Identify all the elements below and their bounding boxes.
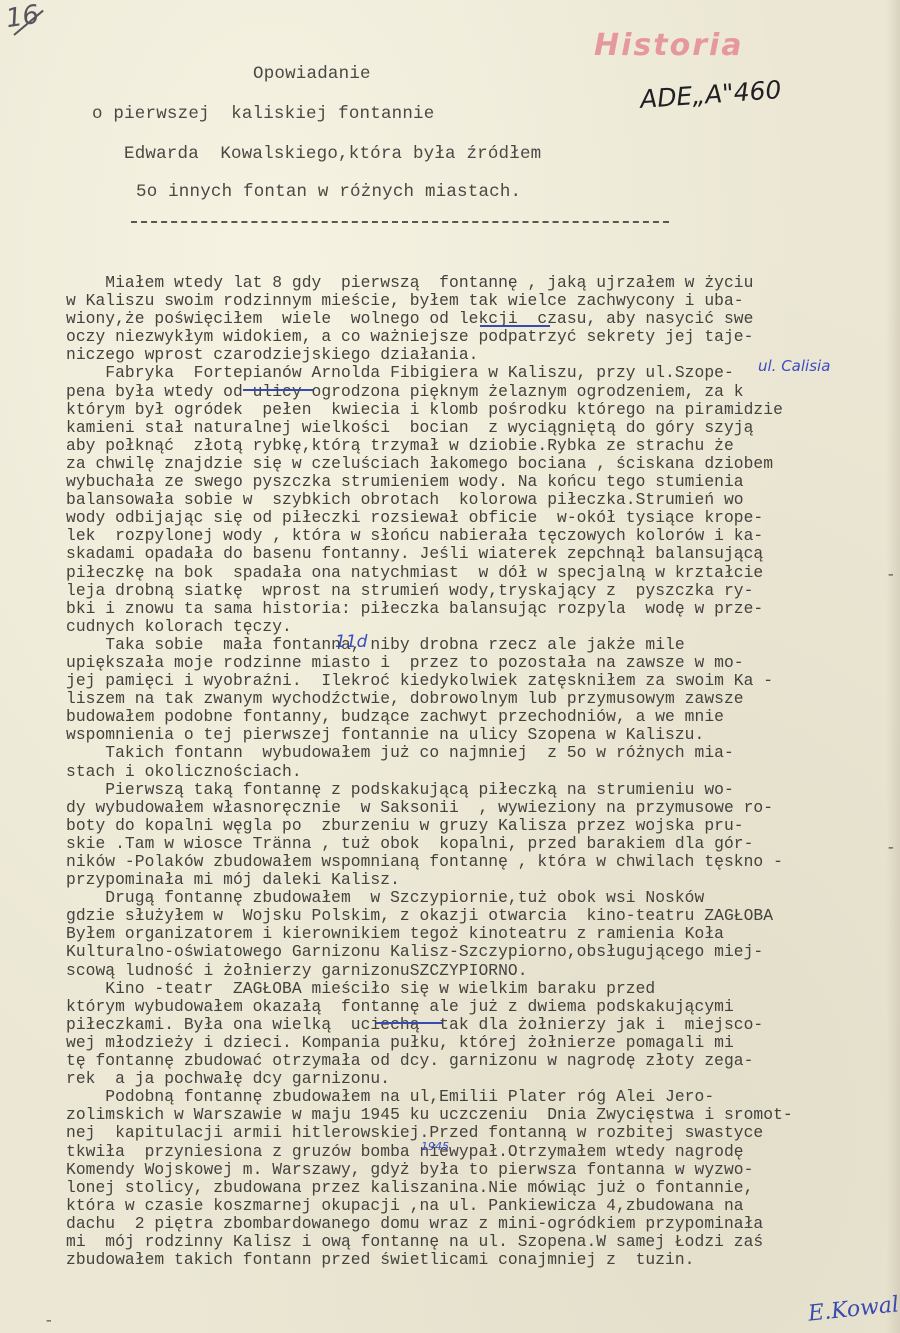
text-line: lek rozpylonej wody , która w słońcu nab… xyxy=(66,527,896,545)
text-line: Drugą fontannę zbudowałem w Szczypiornie… xyxy=(66,889,896,907)
text-line: w Kaliszu swoim rodzinnym mieście, byłem… xyxy=(66,292,896,310)
margin-mark: - xyxy=(886,566,896,584)
text-line: przypominała mi mój daleki Kalisz. xyxy=(66,871,896,889)
text-line: kamieni stał naturalnej wielkości bocian… xyxy=(66,419,896,437)
title-line: 5o innych fontan w różnych miastach. xyxy=(136,182,521,202)
text-line: budowałem podobne fontanny, budzące zach… xyxy=(66,708,896,726)
title-divider xyxy=(131,221,669,223)
text-line: tkwiła przyniesiona z gruzów bomba niewy… xyxy=(66,1143,896,1161)
text-line: rek a ja pochwałę dcy garnizonu. xyxy=(66,1070,896,1088)
text-line: bki i znowu ta sama historia: piłeczka b… xyxy=(66,600,896,618)
text-line: scową ludność i żołnierzy garnizonuSZCZY… xyxy=(66,962,896,980)
text-line: piłeczkami. Była ona wielką uciechą tak … xyxy=(66,1016,896,1034)
text-line: Kino -teatr ZAGŁOBA mieściło się w wielk… xyxy=(66,980,896,998)
title-line: Edwarda Kowalskiego,która była źródłem xyxy=(124,144,541,164)
text-line: stach i okolicznościach. xyxy=(66,763,896,781)
strikethrough-przed xyxy=(376,1022,442,1024)
text-line: Podobną fontannę zbudowałem na ul,Emilii… xyxy=(66,1088,896,1106)
text-line: balansowała sobie w szybkich obrotach ko… xyxy=(66,491,896,509)
handwritten-note-ulica: ul. Calisia xyxy=(758,357,830,375)
text-line: skadami opadała do basenu fontanny. Jeśl… xyxy=(66,545,896,563)
text-line: wybuchała ze swego pyszczka strumieniem … xyxy=(66,473,896,491)
text-line: dachu 2 piętra zbombardowanego domu wraz… xyxy=(66,1215,896,1233)
text-line: lonej stolicy, zbudowana przez kaliszani… xyxy=(66,1179,896,1197)
body-text: Miałem wtedy lat 8 gdy pierwszą fontannę… xyxy=(66,274,896,1269)
text-line: jej pamięci i wyobraźni. Ilekroć kiedyko… xyxy=(66,672,896,690)
text-line: Komendy Wojskowej m. Warszawy, gdyż była… xyxy=(66,1161,896,1179)
text-line: tę fontannę zbudować otrzymała od dcy. g… xyxy=(66,1052,896,1070)
title-line: o pierwszej kaliskiej fontannie xyxy=(92,104,434,124)
margin-mark: - xyxy=(44,1312,54,1330)
text-line: wody odbijając się od piłeczki rozsiewał… xyxy=(66,509,896,527)
text-line: Miałem wtedy lat 8 gdy pierwszą fontannę… xyxy=(66,274,896,292)
text-line: leja drobną siatkę wprost na strumień wo… xyxy=(66,582,896,600)
text-line: pena była wtedy od ulicy ogrodzona piękn… xyxy=(66,383,896,401)
text-line: zolimskich w Warszawie w maju 1945 ku uc… xyxy=(66,1106,896,1124)
strikethrough-od-lekcji xyxy=(480,325,550,327)
text-line: Pierwszą taką fontannę z podskakującą pi… xyxy=(66,781,896,799)
text-line: gdzie służyłem w Wojsku Polskim, z okazj… xyxy=(66,907,896,925)
text-line: Kulturalno-oświatowego Garnizonu Kalisz-… xyxy=(66,943,896,961)
archive-stamp: Historia xyxy=(594,28,744,63)
text-line: boty do kopalni węgla po zburzeniu w gru… xyxy=(66,817,896,835)
text-line: piłeczkę na bok spadała ona natychmiast … xyxy=(66,564,896,582)
text-line: aby połknąć złotą rybkę,którą trzymał w … xyxy=(66,437,896,455)
text-line: Takich fontann wybudowałem już co najmni… xyxy=(66,744,896,762)
text-line: którym wybudowałem okazałą fontannę ale … xyxy=(66,998,896,1016)
text-line: cudnych kolorach tęczy. xyxy=(66,618,896,636)
text-line: dy wybudowałem własnoręcznie w Saksonii … xyxy=(66,799,896,817)
title-line: Opowiadanie xyxy=(253,64,371,84)
text-line: za chwilę znajdzie się w czeluściach łak… xyxy=(66,455,896,473)
text-line: wspomnienia o tej pierwszej fontannie na… xyxy=(66,726,896,744)
text-line: która w czasie koszmarnej okupacji ,na u… xyxy=(66,1197,896,1215)
text-line: zbudowałem takich fontann przed świetlic… xyxy=(66,1251,896,1269)
strikethrough-od-ulicy xyxy=(243,389,313,391)
handwritten-year: 1945 xyxy=(421,1140,449,1153)
text-line: skie .Tam w wiosce Tränna , tuż obok kop… xyxy=(66,835,896,853)
text-line: nej kapitulacji armii hitlerowskiej.Prze… xyxy=(66,1124,896,1142)
margin-mark: - xyxy=(886,839,896,857)
text-line: liszem na tak zwanym wychodźctwie, dobro… xyxy=(66,690,896,708)
text-line: upiększała moje rodzinne miasto i przez … xyxy=(66,654,896,672)
text-line: wej młodzieży i dzieci. Kompania pułku, … xyxy=(66,1034,896,1052)
text-line: mi mój rodzinny Kalisz i ową fontannę na… xyxy=(66,1233,896,1251)
text-line: ników -Polaków zbudowałem wspomnianą fon… xyxy=(66,853,896,871)
handwritten-page-ref: 11d xyxy=(335,632,367,652)
text-line: którym był ogródek pełen kwiecia i klomb… xyxy=(66,401,896,419)
text-line: Byłem organizatorem i kierownikiem tegoż… xyxy=(66,925,896,943)
text-line: Taka sobie mała fontanna, niby drobna rz… xyxy=(66,636,896,654)
text-line: oczy niezwykłym widokiem, a co ważniejsz… xyxy=(66,328,896,346)
